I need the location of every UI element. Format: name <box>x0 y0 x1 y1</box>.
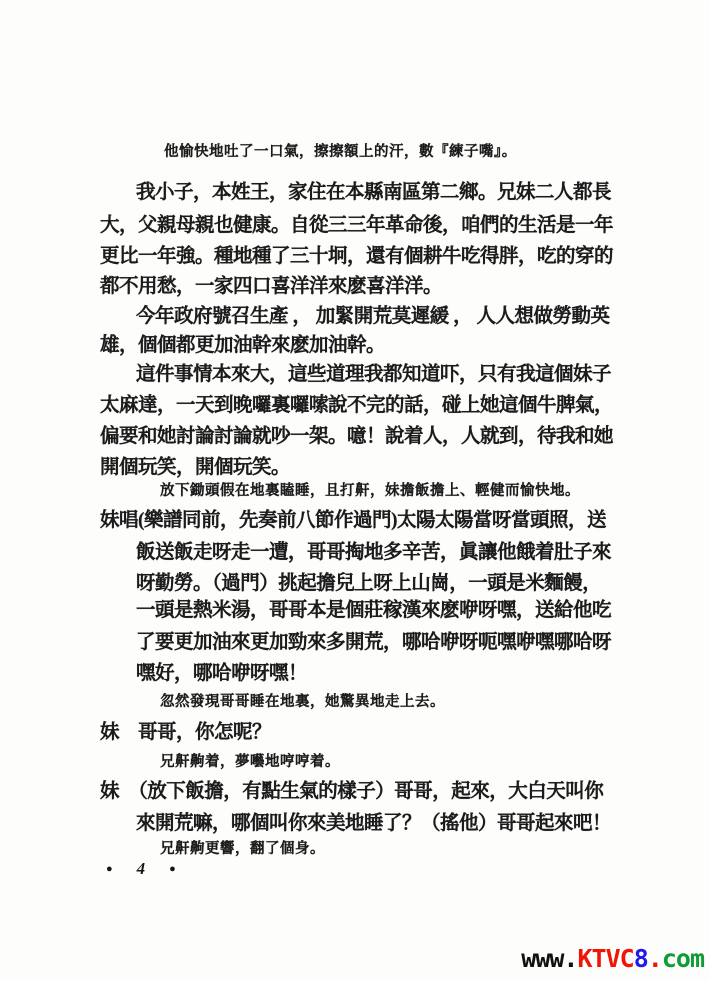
watermark-segment: www. <box>521 944 577 973</box>
script-text-line: 我小子，本姓王，家住在本縣南區第二鄉。兄妹二人都長 <box>100 176 616 204</box>
script-text-line: 今年政府號召生產 ， 加緊開荒莫遲緩 ， 人人想做勞動英 <box>100 300 616 328</box>
script-text-line: 妹 （放下飯擔，有點生氣的樣子）哥哥，起來，大白天叫你 <box>100 775 616 803</box>
script-text-line: 來開荒嘛，哪個叫你來美地睡了？（搖他）哥哥起來吧！ <box>100 807 616 835</box>
script-text-line: 雄，個個都更加油幹來麽加油幹。 <box>100 329 616 357</box>
script-text-line: 更比一年強。種地種了三十坰，還有個耕牛吃得胖，吃的穿的 <box>100 240 616 268</box>
script-text-line: 偏要和她討論討論就吵一架。噫！說着人，人就到，待我和她 <box>100 420 616 448</box>
script-text-line: 嘿好，哪哈咿呀嘿！ <box>100 657 616 685</box>
watermark-segment: 8 <box>634 944 648 973</box>
script-text-line: 開個玩笑，開個玩笑。 <box>100 451 616 479</box>
script-text-line: 都不用愁，一家四口喜洋洋來麽喜洋洋。 <box>100 270 616 298</box>
stage-direction-line: 忽然發現哥哥睡在地裏，她驚異地走上去。 <box>100 690 616 711</box>
page-number-value: 4 <box>137 859 146 879</box>
script-text-line: 太麻達，一天到晚囉裏囉嗦說不完的話，碰上她這個牛脾氣， <box>100 389 616 417</box>
stage-direction-line: 他愉快地吐了一口氣，擦擦額上的汗，數『練子嘴』。 <box>100 140 616 161</box>
script-text-line: 妹唱(樂譜同前，先奏前八節作過門)太陽太陽當呀當頭照，送 <box>100 504 616 532</box>
script-text-line: 這件事情本來大，這些道理我都知道吓，只有我這個妹子 <box>100 358 616 386</box>
watermark-segment: . <box>648 944 662 973</box>
page-number-right-dot: ● <box>169 864 176 875</box>
script-text-line: 一頭是熱米湯，哥哥本是個莊稼漢來麽咿呀嘿，送給他吃 <box>100 594 616 622</box>
stage-direction-line: 兄鼾齁着，夢囈地哼哼着。 <box>100 750 616 771</box>
script-text-line: 呀勤勞。（過門）挑起擔兒上呀上山崗，一頭是米麵饅， <box>100 567 616 595</box>
script-text-block: 他愉快地吐了一口氣，擦擦額上的汗，數『練子嘴』。我小子，本姓王，家住在本縣南區第… <box>100 0 616 981</box>
watermark-segment: com <box>662 944 704 973</box>
script-text-line: 妹 哥哥，你怎呢？ <box>100 716 616 744</box>
script-text-line: 了要更加油來更加勁來多開荒，哪哈咿呀呃嘿咿嘿哪哈呀 <box>100 626 616 654</box>
script-text-line: 飯送飯走呀走一遭，哥哥掏地多辛苦，眞讓他餓着肚子來 <box>100 536 616 564</box>
page-number-left-dot: ● <box>106 864 113 875</box>
watermark-segment: KTVC <box>578 944 634 973</box>
script-text-line: 大，父親母親也健康。自從三三年革命後，咱們的生活是一年 <box>100 209 616 237</box>
ktvc8-watermark: www.KTVC8.com <box>521 944 704 973</box>
stage-direction-line: 放下鋤頭假在地裏瞌睡，且打鼾，妹擔飯擔上、輕健而愉快地。 <box>100 479 616 500</box>
stage-direction-line: 兄鼾齁更響，翻了個身。 <box>100 837 616 858</box>
scanned-book-page: 他愉快地吐了一口氣，擦擦額上的汗，數『練子嘴』。我小子，本姓王，家住在本縣南區第… <box>0 0 710 981</box>
page-number: ● 4 ● <box>106 859 176 879</box>
